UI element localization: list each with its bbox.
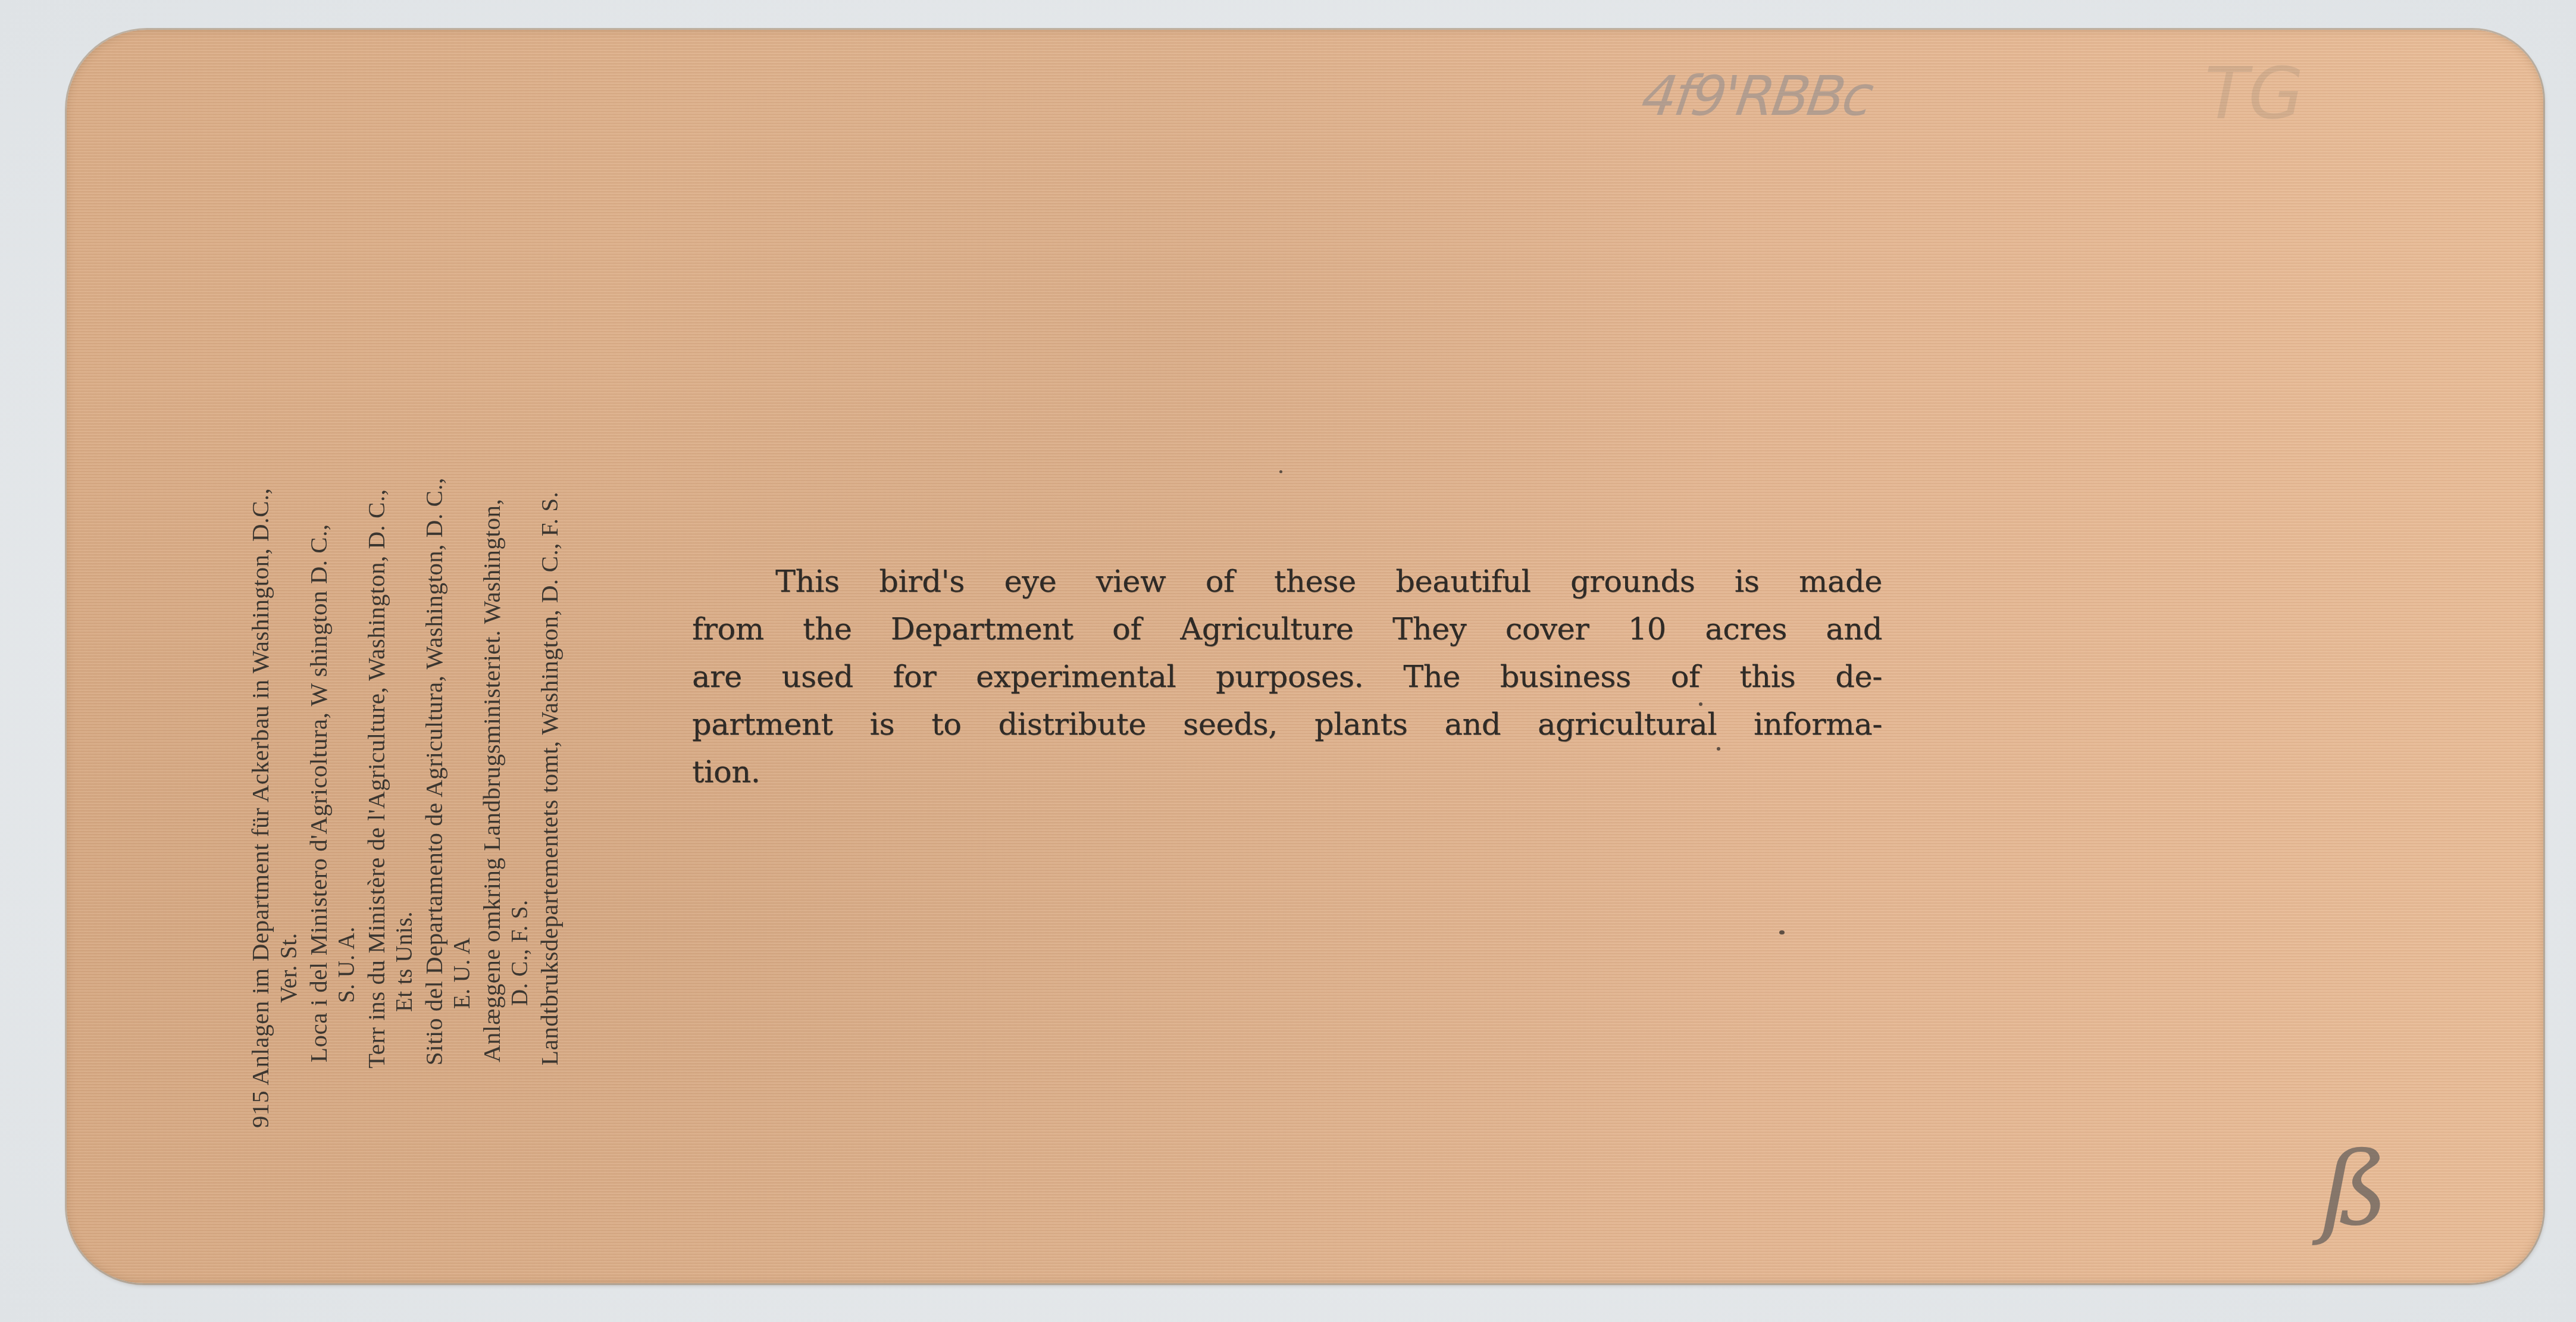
description-paragraph: This bird's eye view of these beautiful … [692,558,1882,796]
caption-line-german: 915 Anlagen im Department für Ackerbau i… [247,488,273,1128]
pencil-corner-initial: ß [2321,1131,2389,1249]
caption-line-swedish: Landtbruksdepartementets tomt, Washingto… [536,492,562,1065]
caption-line-spanish-country: E. U. A [449,937,475,1010]
caption-line-french: Terr ins du Ministère de l'Agriculture, … [363,489,389,1068]
description-line: are used for experimental purposes. The … [692,654,1882,701]
description-line: from the Department of Agriculture They … [692,606,1882,654]
speck [1699,702,1702,706]
speck [1279,470,1282,473]
caption-line-french-country: Et ts Unis. [392,911,418,1012]
description-line: tion. [692,749,1882,796]
caption-line-danish: Anlæggene omkring Landbrugsministeriet. … [478,499,505,1062]
description-line: partment is to distribute seeds, plants … [692,701,1882,749]
caption-line-danish-country: D. C., F. S. [507,900,533,1006]
caption-line-italian-country: S. U. A. [334,926,360,1003]
caption-line-german-country: Ver. St. [276,933,302,1003]
caption-line-italian: Loca i del Ministero d'Agricoltura, W sh… [305,524,331,1062]
speck [1717,747,1720,751]
pencil-erased-mark: TG [2205,52,2303,135]
pencil-catalog-number: 4f9'RBBc [1638,64,1875,128]
caption-line-spanish: Sitio del Departamento de Agricultura, W… [421,477,447,1065]
speck [1779,930,1785,935]
multilingual-caption: 915 Anlagen im Department für Ackerbau i… [247,199,568,1128]
description-line: This bird's eye view of these beautiful … [692,558,1882,606]
